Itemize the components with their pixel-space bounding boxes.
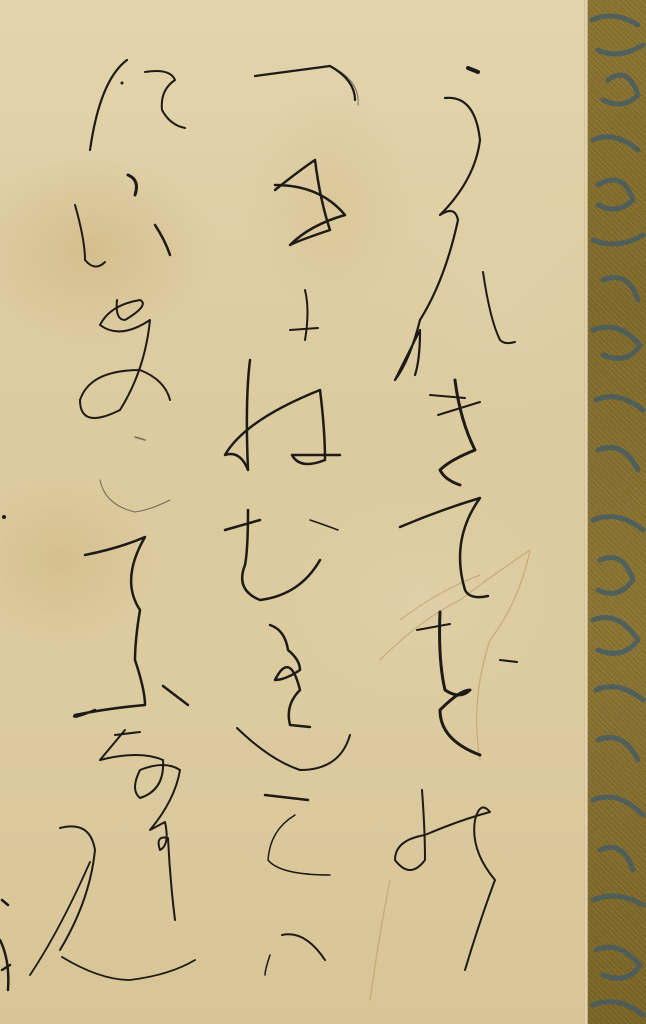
calligraphy-scroll-photo [0, 0, 646, 1024]
column-middle [225, 66, 358, 975]
column-right [395, 68, 517, 970]
brocade-mounting [588, 0, 646, 1024]
calligraphy-ink [0, 0, 587, 1024]
column-left [0, 60, 195, 990]
brocade-pattern-icon [588, 0, 646, 1024]
